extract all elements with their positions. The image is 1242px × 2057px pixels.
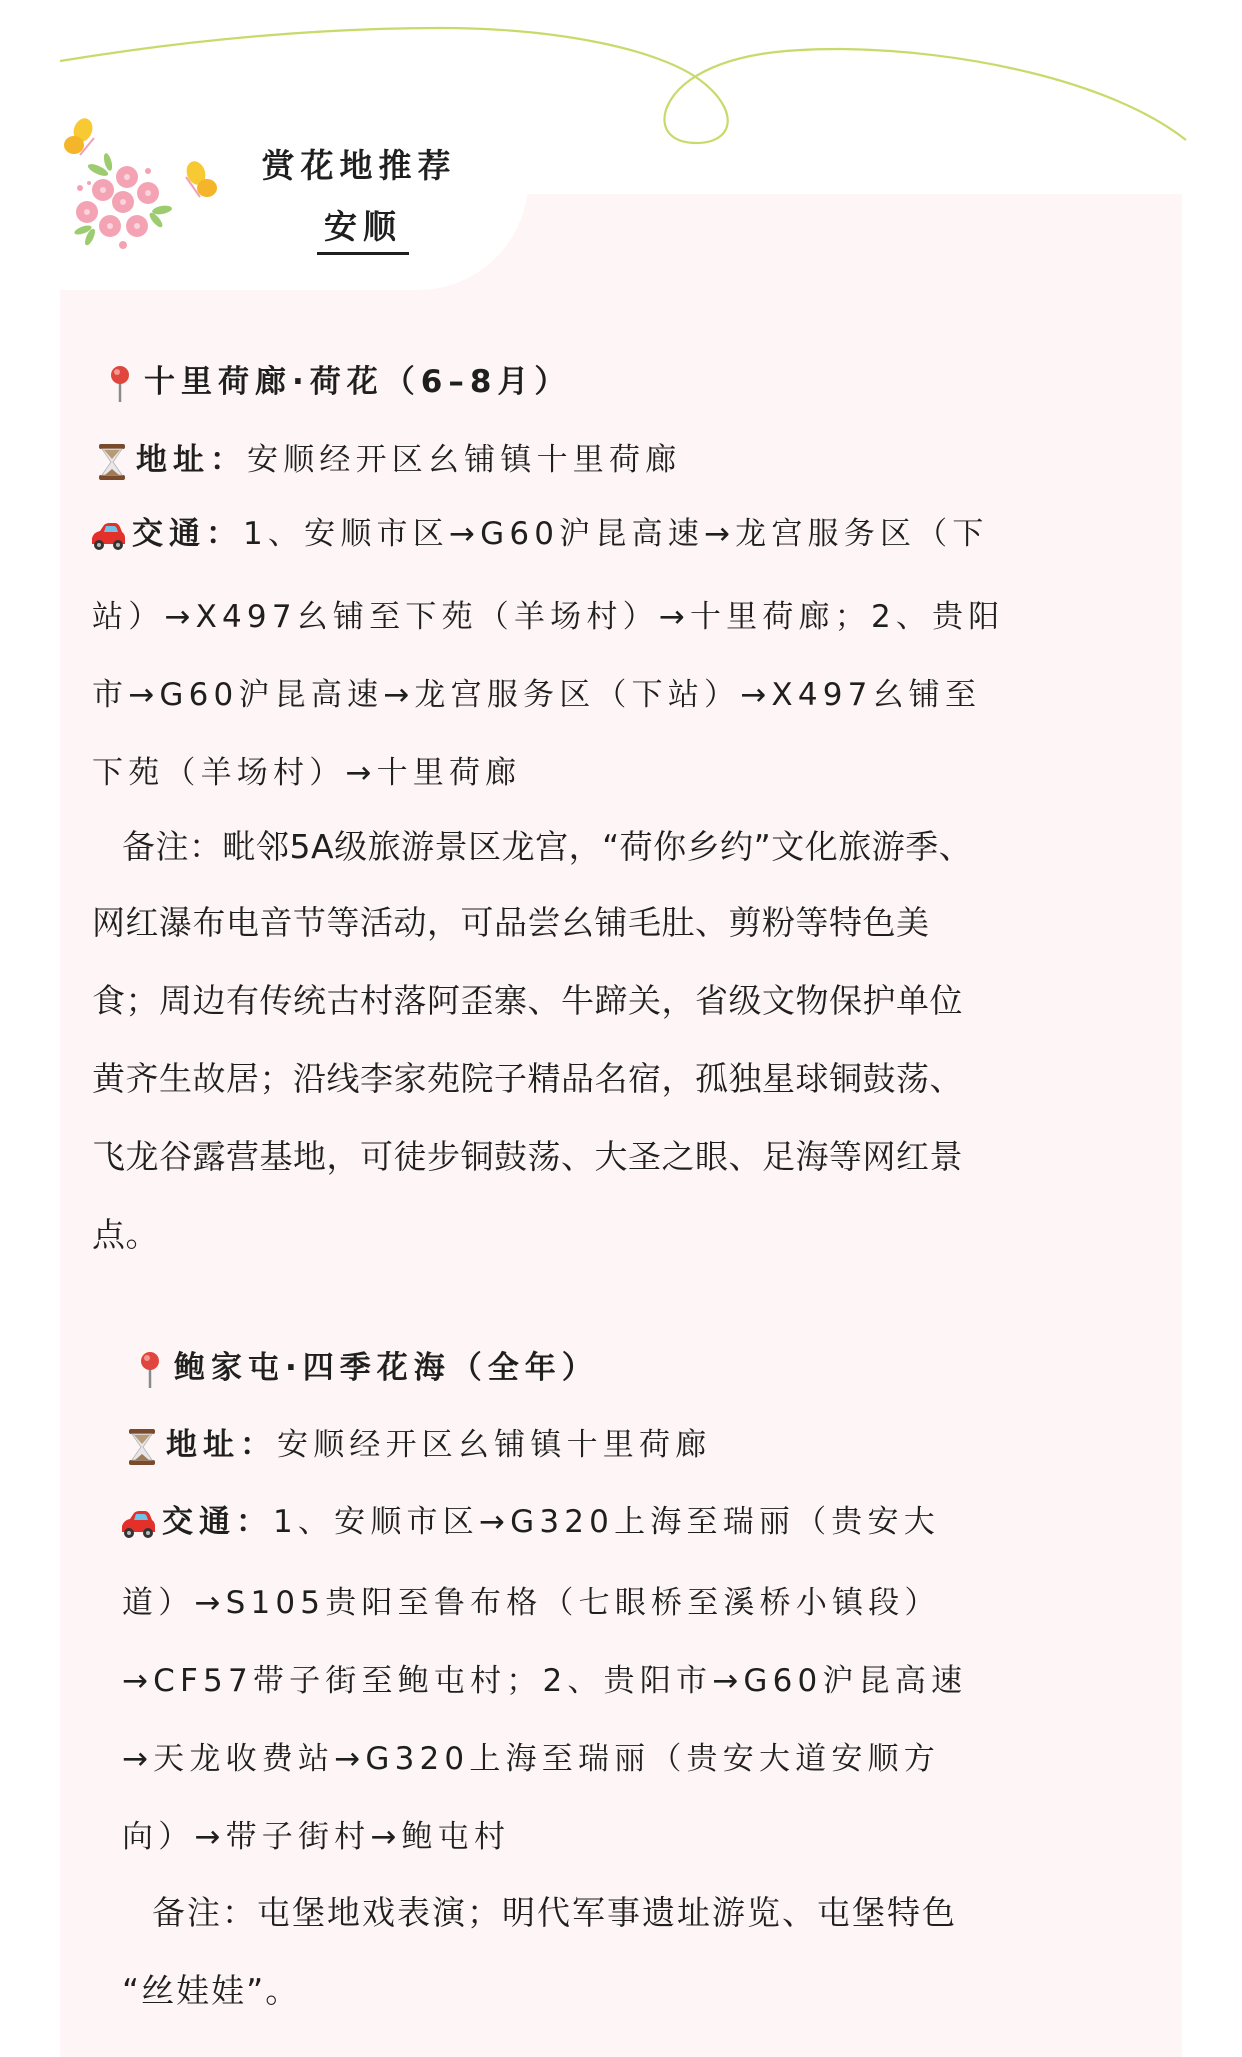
round-pushpin-icon (130, 1350, 170, 1390)
note-line: 飞龙谷露营基地，可徒步铜鼓荡、大圣之眼、足海等网红景 (92, 1137, 963, 1177)
traffic-line: 交通：1、安顺市区→G320上海至瑞丽（贵安大 (118, 1502, 940, 1544)
round-pushpin-icon (100, 364, 140, 404)
note-line: “丝娃娃”。 (122, 1971, 300, 2011)
hourglass-icon (122, 1427, 162, 1467)
traffic-line-continued: →天龙收费站→G320上海至瑞丽（贵安大道安顺方 (122, 1739, 940, 1779)
note-line: 备注：屯堡地戏表演；明代军事遗址游览、屯堡特色 (152, 1893, 957, 1933)
note-line: 点。 (92, 1215, 159, 1255)
traffic-line-continued: 向）→带子街村→鲍屯村 (122, 1817, 510, 1857)
car-icon (88, 516, 128, 556)
address-line: 地址：安顺经开区幺铺镇十里荷廊 (122, 1425, 711, 1467)
hourglass-icon (92, 442, 132, 482)
note-line: 备注：毗邻5A级旅游景区龙宫，“荷你乡约”文化旅游季、 (122, 827, 972, 867)
traffic-line-continued: 道）→S105贵阳至鲁布格（七眼桥至溪桥小镇段） (122, 1583, 941, 1623)
flower-butterfly-decoration-icon (55, 115, 235, 255)
note-line: 网红瀑布电音节等活动，可品尝幺铺毛肚、剪粉等特色美 (92, 903, 930, 943)
traffic-line-continued: 下苑（羊场村）→十里荷廊 (92, 753, 521, 793)
traffic-line-continued: 站）→X497幺铺至下苑（羊场村）→十里荷廊；2、贵阳 (92, 597, 1004, 637)
page-title: 赏花地推荐 (248, 144, 470, 188)
traffic-line-continued: →CF57带子街至鲍屯村；2、贵阳市→G60沪昆高速 (122, 1661, 967, 1701)
section-title: 鲍家屯·四季花海（全年） (130, 1348, 599, 1390)
subtitle-underline (317, 252, 409, 255)
address-line: 地址：安顺经开区幺铺镇十里荷廊 (92, 440, 681, 482)
traffic-line-continued: 市→G60沪昆高速→龙宫服务区（下站）→X497幺铺至 (92, 675, 981, 715)
section-title: 十里荷廊·荷花（6–8月） (100, 362, 571, 404)
traffic-line: 交通：1、安顺市区→G60沪昆高速→龙宫服务区（下 (88, 514, 989, 556)
car-icon (118, 1504, 158, 1544)
note-line: 黄齐生故居；沿线李家苑院子精品名宿，孤独星球铜鼓荡、 (92, 1059, 963, 1099)
note-line: 食；周边有传统古村落阿歪寨、牛蹄关，省级文物保护单位 (92, 981, 963, 1021)
city-subtitle: 安顺 (317, 205, 409, 249)
